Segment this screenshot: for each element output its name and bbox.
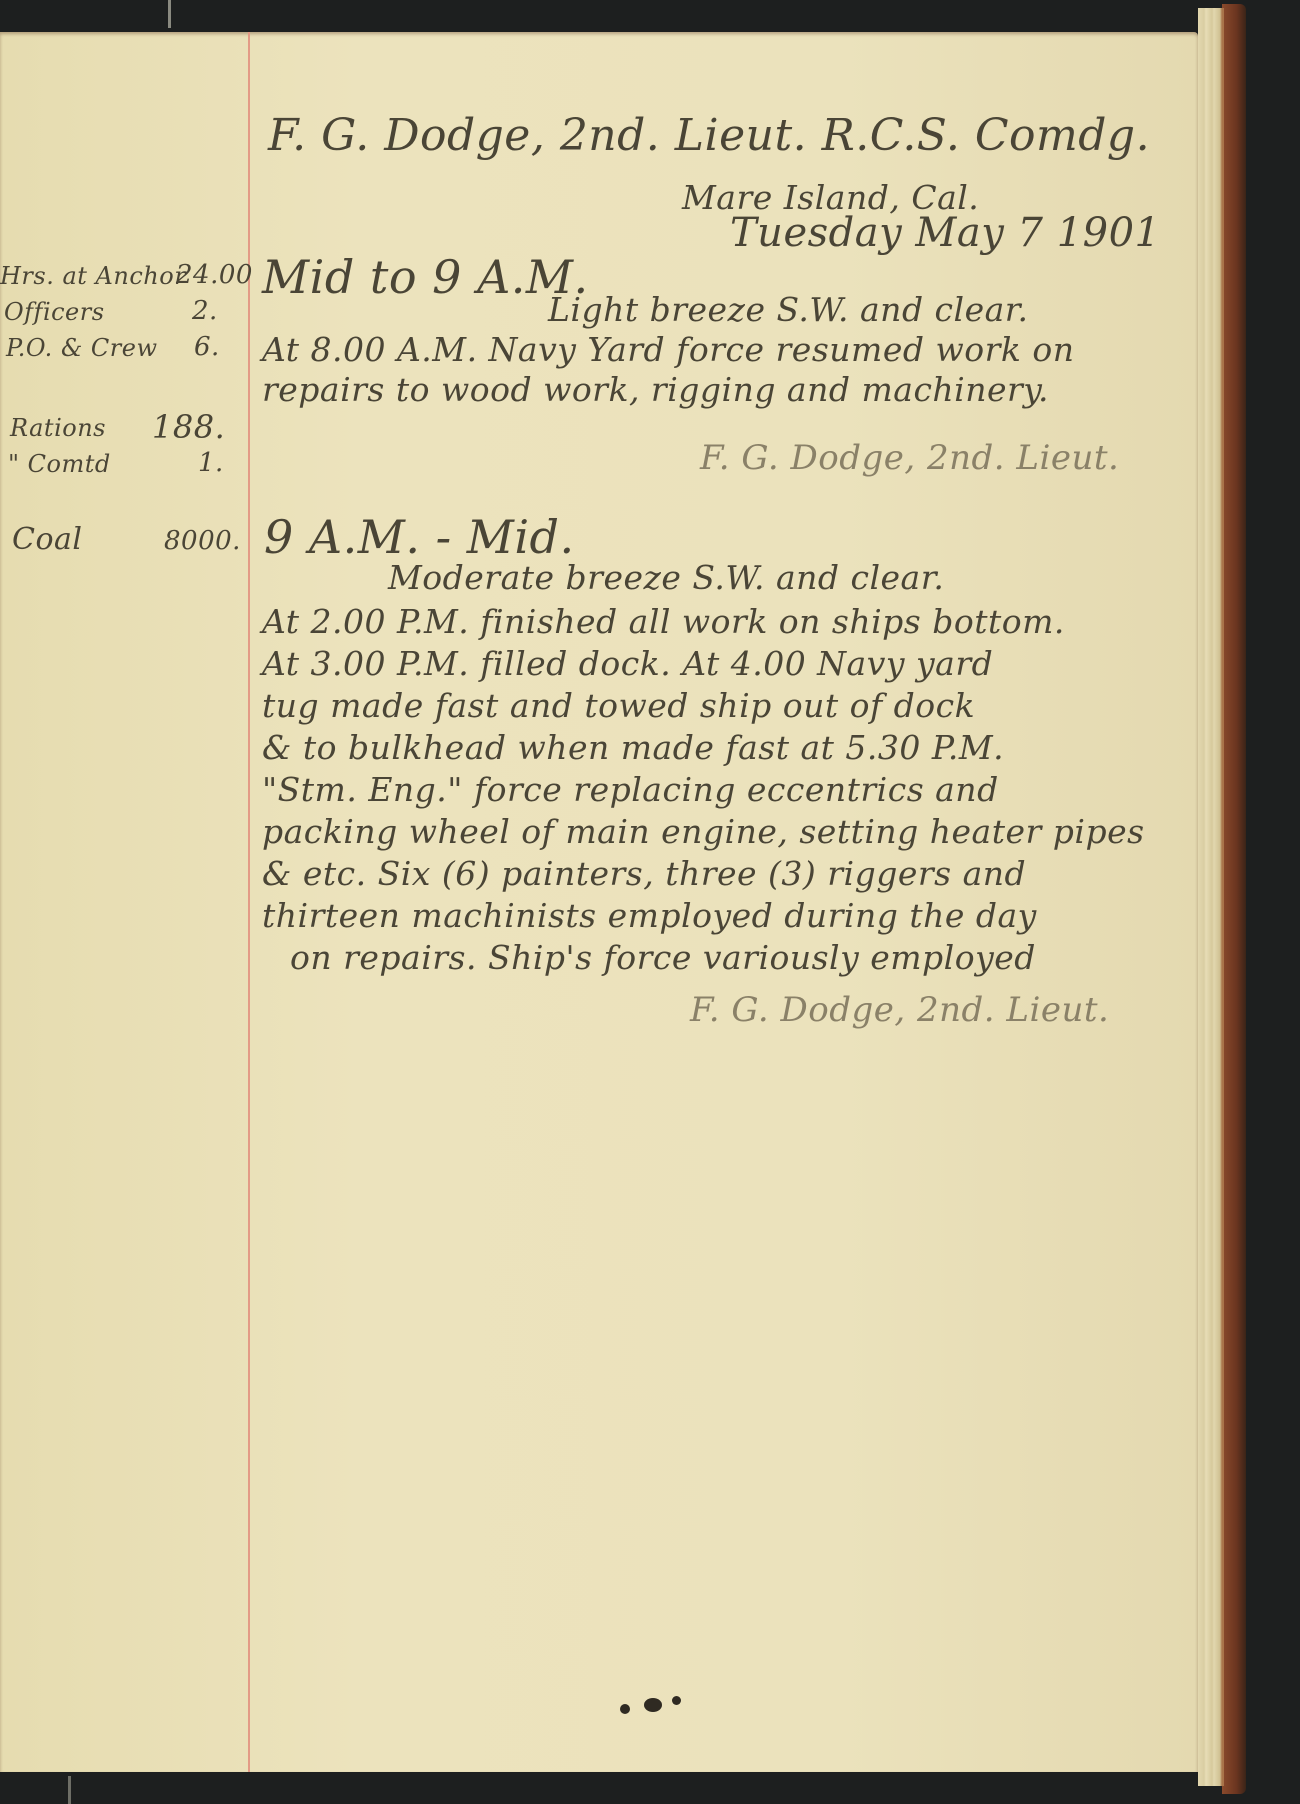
book-cover-edge [1222, 4, 1246, 1794]
ledger-value: 188. [152, 408, 225, 446]
log-line: tug made fast and towed ship out of dock [262, 686, 975, 725]
ledger-label: Coal [12, 522, 83, 557]
page-edges [1198, 8, 1224, 1786]
log-line: At 8.00 A.M. Navy Yard force resumed wor… [262, 330, 1074, 369]
log-line: thirteen machinists employed during the … [262, 896, 1037, 935]
watch-heading: Mid to 9 A.M. [262, 250, 589, 304]
ledger-label: Hrs. at Anchor [0, 262, 186, 290]
bottom-gap [68, 1776, 71, 1804]
signature: F. G. Dodge, 2nd. Lieut. [700, 438, 1119, 478]
ledger-label: P.O. & Crew [6, 334, 158, 362]
log-line: repairs to wood work, rigging and machin… [262, 370, 1049, 409]
commander-line: F. G. Dodge, 2nd. Lieut. R.C.S. Comdg. [268, 110, 1150, 161]
ink-blot [644, 1698, 662, 1712]
log-line: At 3.00 P.M. filled dock. At 4.00 Navy y… [262, 644, 993, 683]
ledger-value: 8000. [164, 526, 241, 556]
margin-rule [248, 32, 250, 1772]
log-line: & to bulkhead when made fast at 5.30 P.M… [262, 728, 1004, 767]
log-line: & etc. Six (6) painters, three (3) rigge… [262, 854, 1026, 893]
ink-blot [672, 1696, 681, 1705]
log-line: "Stm. Eng." force replacing eccentrics a… [262, 770, 999, 809]
date: Tuesday May 7 1901 [730, 210, 1160, 256]
logbook-page: F. G. Dodge, 2nd. Lieut. R.C.S. Comdg. M… [0, 32, 1198, 1772]
ledger-value: 6. [194, 332, 220, 362]
log-line: packing wheel of main engine, setting he… [262, 812, 1145, 851]
ledger-label: Officers [4, 298, 105, 326]
weather-note: Moderate breeze S.W. and clear. [388, 558, 944, 597]
weather-note: Light breeze S.W. and clear. [548, 290, 1028, 329]
ink-blot [620, 1704, 630, 1714]
log-line: At 2.00 P.M. finished all work on ships … [262, 602, 1065, 641]
ledger-value: 24.00 [176, 260, 253, 290]
ledger-value: 2. [192, 296, 218, 326]
ledger-label: " Comtd [8, 450, 111, 478]
watch-heading: 9 A.M. - Mid. [264, 510, 575, 564]
ledger-value: 1. [198, 448, 224, 478]
spine-gap [168, 0, 171, 28]
ledger-label: Rations [10, 414, 106, 442]
log-line: on repairs. Ship's force variously emplo… [290, 938, 1036, 977]
signature: F. G. Dodge, 2nd. Lieut. [690, 990, 1109, 1030]
